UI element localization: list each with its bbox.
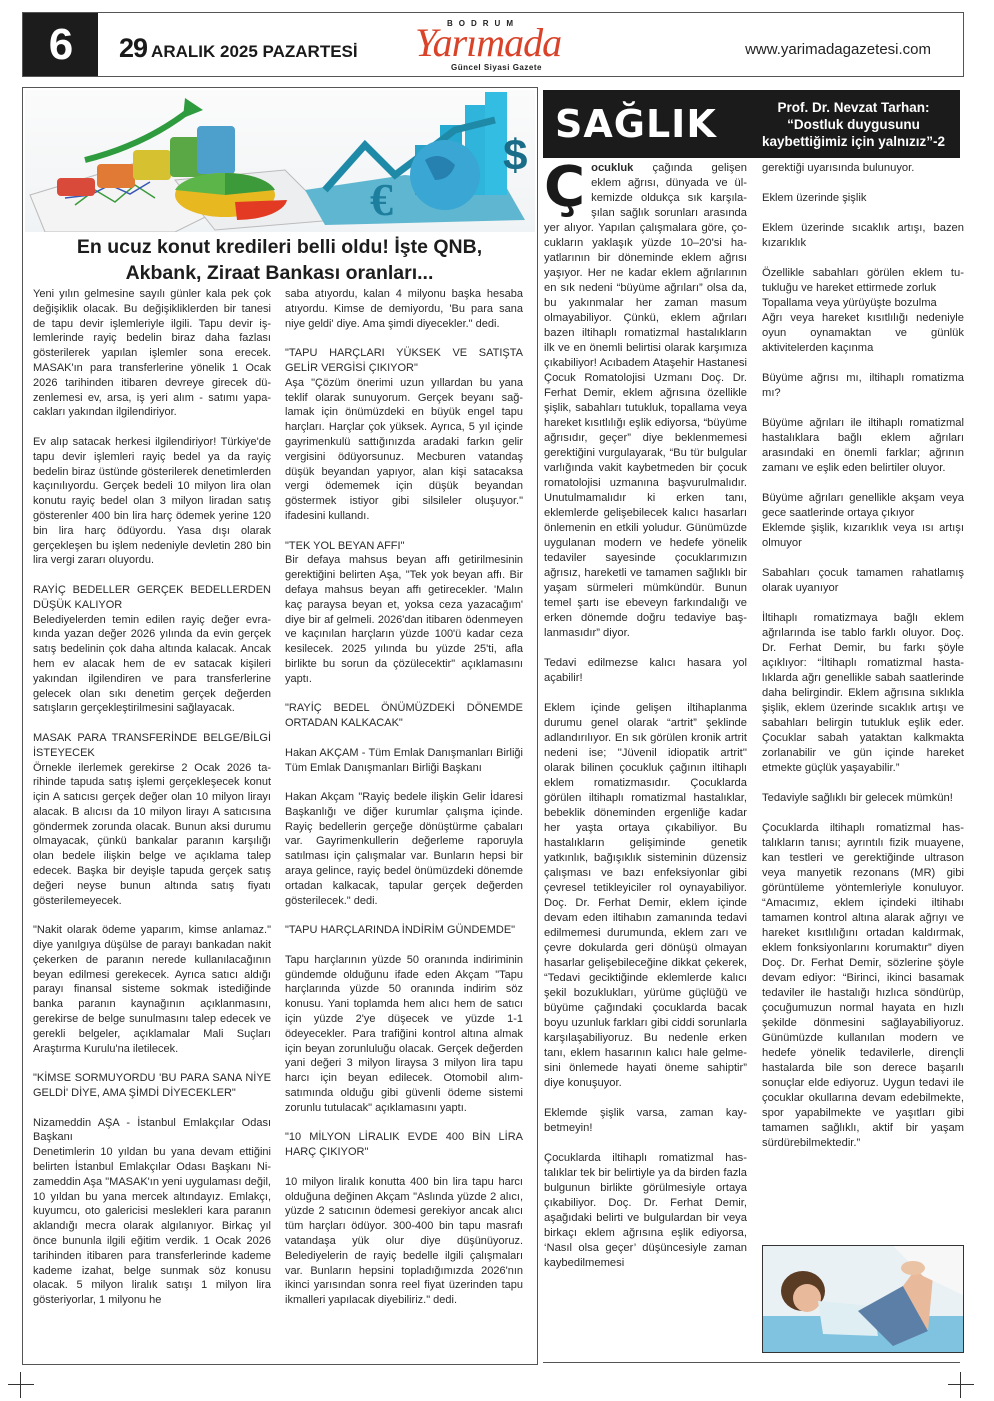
subheading: "KİMSE SORMUYORDU 'BU PARA SANA NİYE GEL… [33,1071,271,1101]
housing-article: € $ En ucuz konut kredileri belli oldu! … [22,87,538,1365]
paragraph: Belediyelerden temin edilen rayiç değer … [33,613,271,717]
finance-illustration-icon: € $ [25,90,535,232]
paragraph: Yeni yılın gelmesine sayılı günler kala … [33,287,271,420]
section-divider [543,1362,960,1363]
lead-word: ocukluk [591,162,633,174]
speaker-caption: Hakan AKÇAM - Tüm Emlak Danışmanları Bir… [285,746,523,776]
list-item: Eklemde şişlik, kızarıklık veya ısı ar­t… [762,521,964,551]
crop-mark [8,1372,34,1398]
speaker-caption: Nizameddin AŞA - İstanbul Emlakçılar Oda… [33,1116,271,1146]
paragraph: "Nakit olarak ödeme yaparım, kimse anla­… [33,923,271,1056]
child-knee-exam-photo-icon [762,1245,964,1353]
date-day: 29 [119,33,147,63]
subheading: "RAYİÇ BEDEL ÖNÜMÜZDEKİ DÖNEMDE ORTADAN … [285,701,523,731]
logo-top-text: BODRUM [447,19,519,28]
crop-mark [948,1372,974,1398]
subheading: "TAPU HARÇLARINDA İNDİRİM GÜN­DEMDE" [285,923,523,938]
subheading: "TEK YOL BEYAN AFFI" [285,539,523,554]
paragraph: Örnekle ilerlemek gerekirse 2 Ocak 2026 … [33,761,271,909]
subheading: RAYİÇ BEDELLER GERÇEK BEDELLER­DEN DÜŞÜK… [33,583,271,613]
paragraph: Çocuklarda iltihaplı romatizmal has­talı… [544,1151,747,1271]
paragraph: Eklem içinde gelişen iltihaplanma durumu… [544,701,747,1091]
article-column-1: Yeni yılın gelmesine sayılı günler kala … [33,287,271,1323]
paragraph: Ev alıp satacak herkesi ilgilendiriyor! … [33,435,271,568]
paragraph: saba atıyordu, kalan 4 milyonu başka hes… [285,287,523,331]
paragraph: İltihaplı romatizmaya bağlı eklem ağrıla… [762,611,964,776]
subheading: "TAPU HARÇLARI YÜKSEK VE SATIŞTA GELİR V… [285,346,523,376]
issue-date: 29ARALIK 2025 PAZARTESİ [119,33,358,64]
list-item: Ağrı veya hareket kısıtlılığı nede­niyle… [762,311,964,356]
subheading: Büyüme ağrısı mı, iltihaplı roma­tizma m… [762,371,964,401]
page-number: 6 [23,13,98,76]
subheading: MASAK PARA TRANSFERİNDE BELGE/BİLGİ İSTE… [33,731,271,761]
masthead: 6 29ARALIK 2025 PAZARTESİ Yarımada BODRU… [22,12,964,77]
list-item: Özellikle sabahları görülen eklem tu­tuk… [762,266,964,296]
section-label: SAĞLIK [555,98,717,150]
paragraph: Çocuklarda iltihaplı romatizmal has­talı… [762,821,964,1151]
svg-text:$: $ [503,131,527,180]
paragraph: Büyüme ağrıları ile iltihaplı romatiz­ma… [762,416,964,476]
column-title: Prof. Dr. Nevzat Tarhan: “Dostluk duygus… [751,99,956,150]
list-item: Sabahları çocuk tamamen rahatla­mış olar… [762,566,964,596]
health-column-1: Çocukluk çağında gelişen eklem ağrısı, d… [544,161,747,1286]
list-item: Eklem üzerinde şişlik [762,191,964,206]
health-column-2: gerektiği uyarısında bulunuyor. Eklem üz… [762,161,964,1166]
article-headline: En ucuz konut kredileri belli oldu! İşte… [23,234,536,286]
health-section-banner: SAĞLIK Prof. Dr. Nevzat Tarhan: “Dostluk… [543,90,960,158]
date-rest: ARALIK 2025 PAZARTESİ [151,42,358,61]
logo-subtitle: Güncel Siyasi Gazete [451,63,542,72]
subheading: Tedaviyle sağlıklı bir gelecek müm­kün! [762,791,964,806]
paragraph: çağında gelişen eklem ağrısı, dünyada ve… [544,162,747,639]
paragraph: Denetimlerin 10 yıldan bu yana devam ett… [33,1145,271,1308]
site-url-link[interactable]: www.yarimadagazetesi.com [745,41,931,58]
paragraph: gerektiği uyarısında bulunuyor. [762,161,964,176]
subheading: Tedavi edilmezse kalıcı hasara yol açabi… [544,656,747,686]
paragraph: Bir defaya mahsus beyan affı getirilmesi… [285,553,523,686]
subheading: "10 MİLYON LİRALIK EVDE 400 BİN LİRA HAR… [285,1130,523,1160]
article-column-2: saba atıyordu, kalan 4 milyonu başka hes… [285,287,523,1323]
drop-cap: Ç [544,163,585,213]
paragraph: 10 milyon liralık konutta 400 bin lira t… [285,1175,523,1308]
subheading: Eklemde şişlik varsa, zaman kay­betmeyin… [544,1106,747,1136]
paragraph: Tapu harçlarının yüzde 50 oranında indir… [285,953,523,1116]
paragraph: Aşa "Çözüm önerimi uzun yıllardan bu yan… [285,376,523,524]
paragraph: Hakan Akçam "Rayiç bedele ilişkin Gelir … [285,790,523,908]
svg-text:€: € [370,174,393,225]
list-item: Eklem üzerinde sıcaklık artışı, bazen kı… [762,221,964,251]
newspaper-logo[interactable]: Yarımada BODRUM Güncel Siyasi Gazete [411,19,581,75]
list-item: Büyüme ağrıları genellikle akşam veya ge… [762,491,964,521]
list-item: Topallama veya yürüyüşte bozulma [762,296,964,311]
